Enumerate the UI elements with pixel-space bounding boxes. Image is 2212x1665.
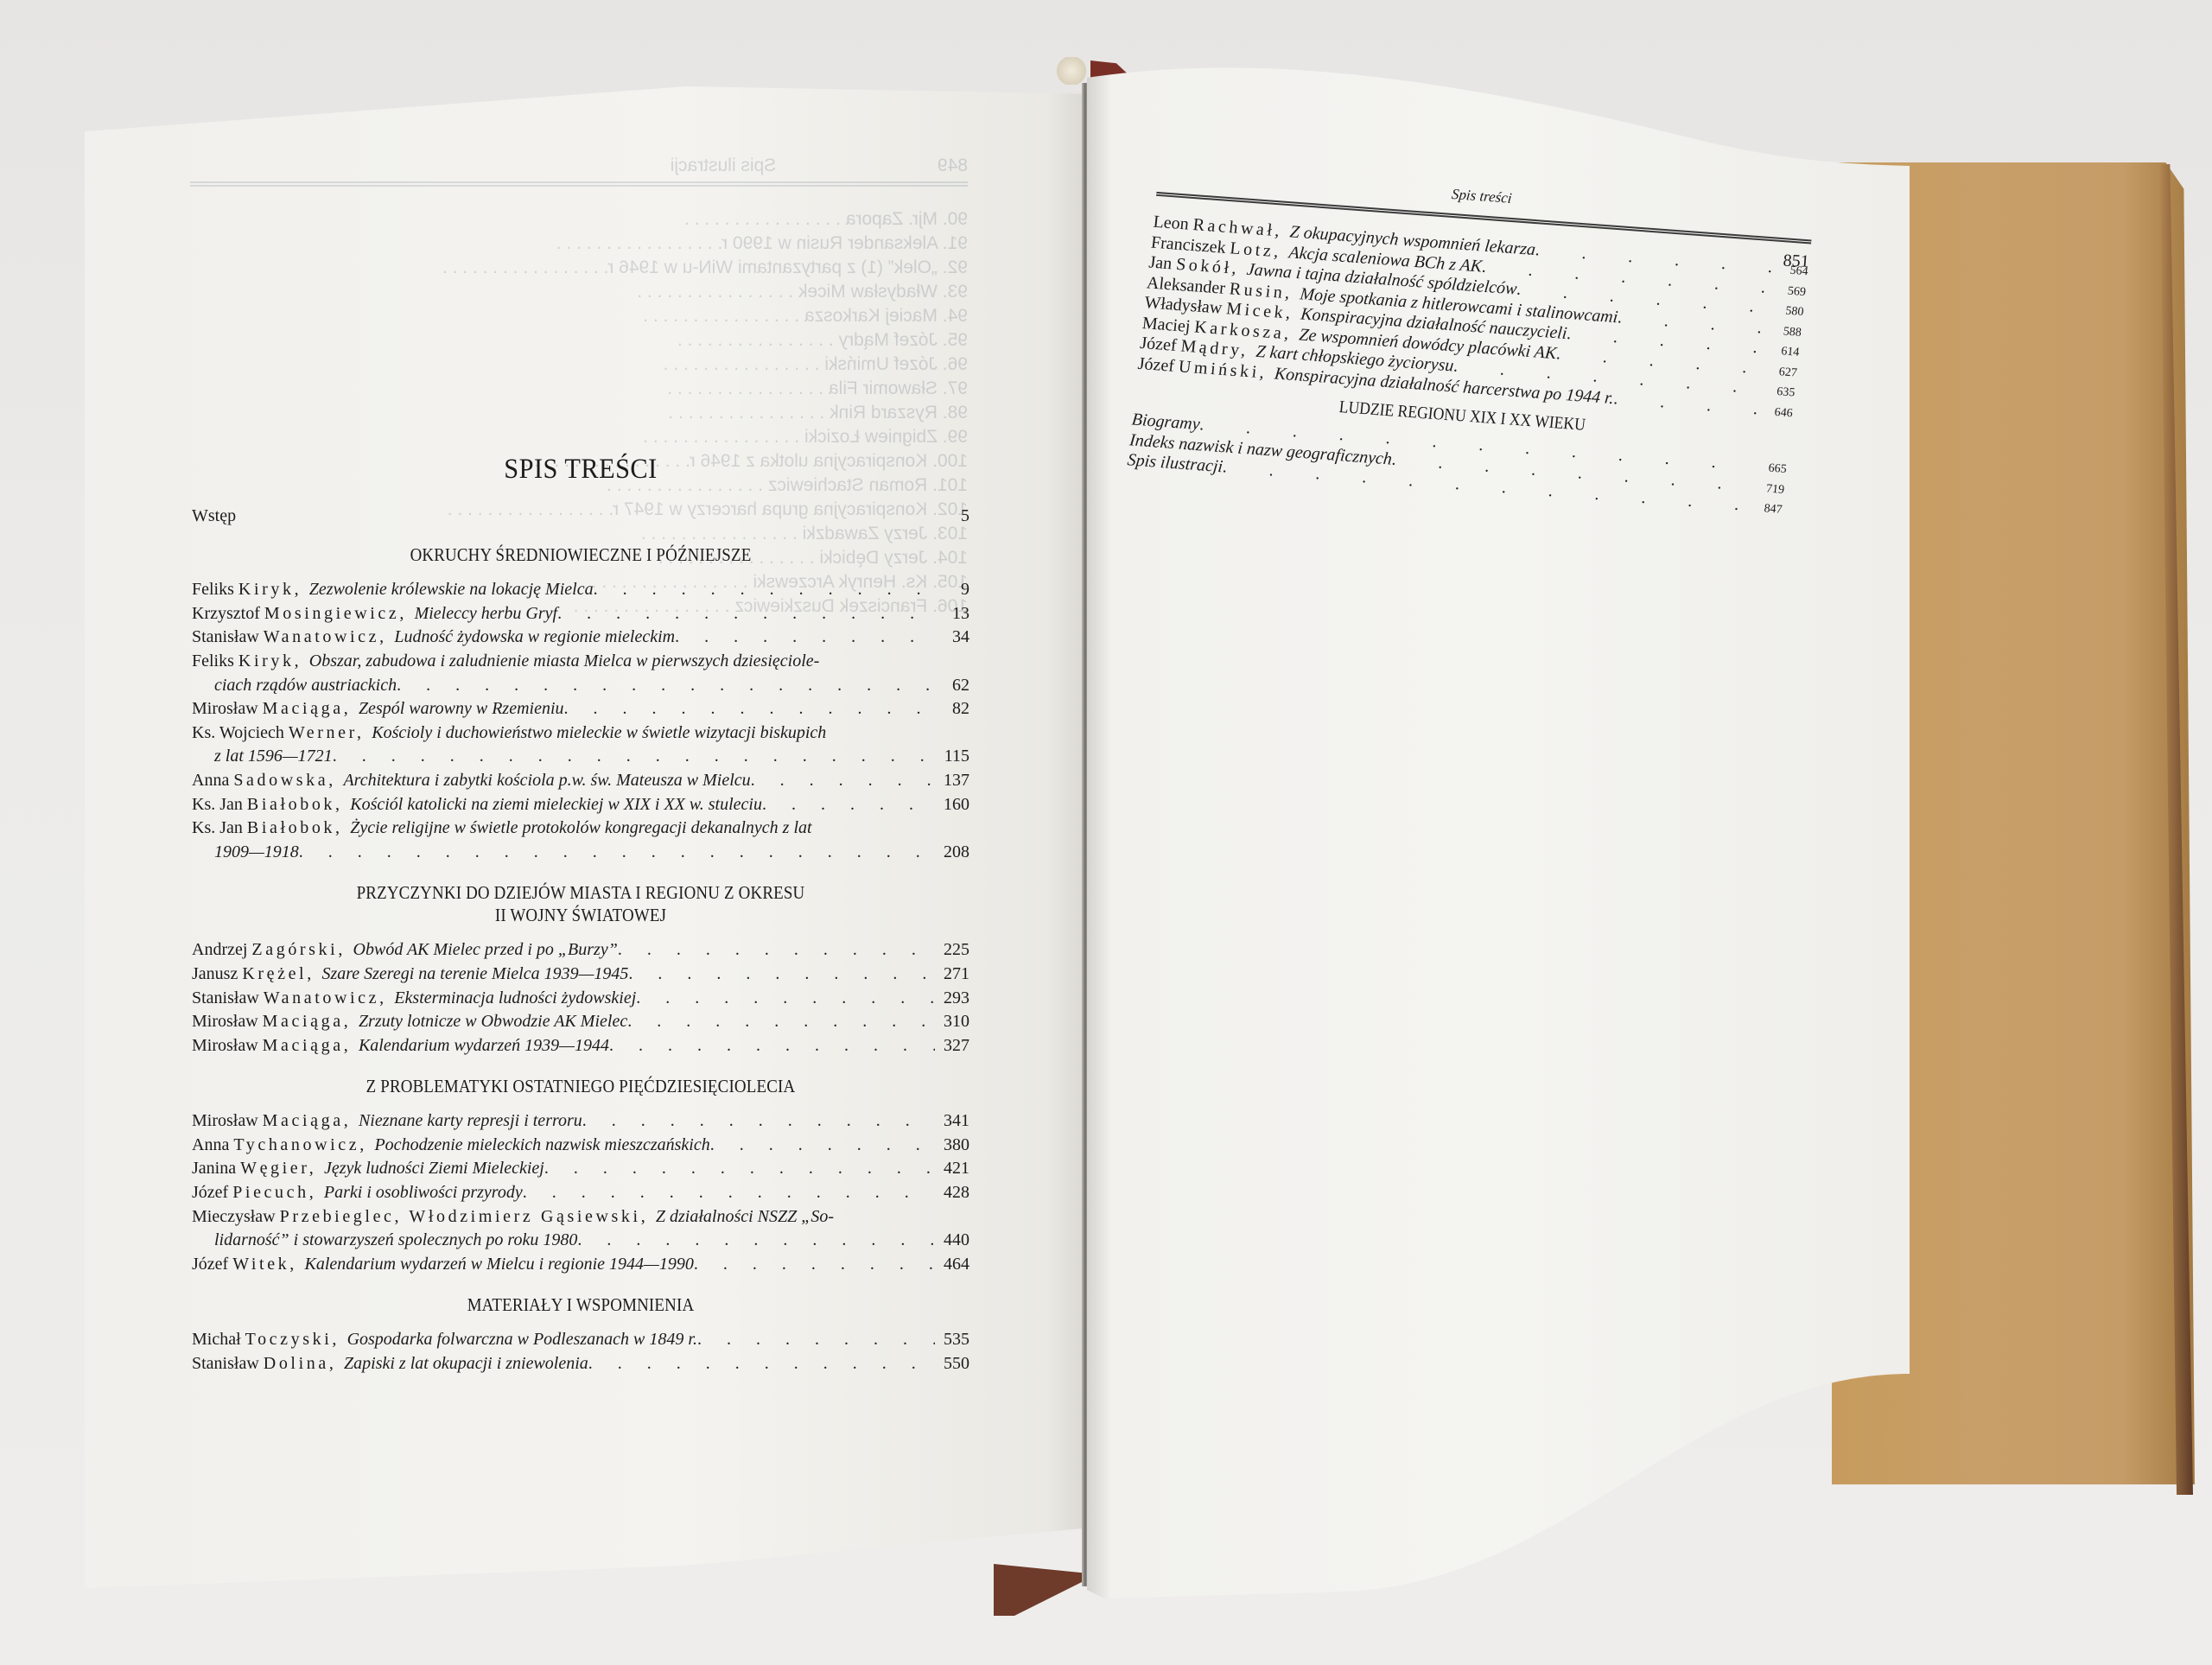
entry-page: 9 xyxy=(935,578,969,602)
toc-entry-line[interactable]: Ks. Jan Białobok, Życie religijne w świe… xyxy=(192,817,969,841)
entry-title: Obszar, zabudowa i zaludnienie miasta Mi… xyxy=(309,651,820,670)
entry-title: Kościoly i duchowieństwo mieleckie w świ… xyxy=(372,723,826,742)
entry-page: 719 xyxy=(1749,480,1785,499)
entry-text: Stanisław Wanatowicz, Ludność żydowska w… xyxy=(192,626,675,650)
leader-dots: . . . . . . . . . . . . . . . . . . . . … xyxy=(582,1109,935,1134)
entry-page: 271 xyxy=(935,963,969,987)
section-heading: Z PROBLEMATYKI OSTATNIEGO PIĘĆDZIESIĘCIO… xyxy=(238,1075,923,1097)
entry-page: 627 xyxy=(1762,362,1798,382)
toc-left: SPIS TREŚCI Wstęp 5 OKRUCHY ŚREDNIOWIECZ… xyxy=(192,458,969,1376)
leader-dots: . . . . . . . . . . . . . . . . . . . . … xyxy=(636,987,935,1011)
author-first-name: Mirosław xyxy=(192,1036,263,1055)
entry-title: Parki i osobliwości przyrody xyxy=(324,1183,523,1202)
author-first-name: Mirosław xyxy=(192,1111,263,1130)
entry-text: Anna Sadowska, Architektura i zabytki ko… xyxy=(192,769,751,793)
toc-entry-line[interactable]: z lat 1596—1721 . . . . . . . . . . . . … xyxy=(192,745,969,769)
entry-text: Krzysztof Mosingiewicz, Mieleccy herbu G… xyxy=(192,602,557,626)
leader-dots: . . . . . . . . . . . . . . . . . . . . … xyxy=(299,841,935,865)
author-last-name: Dolina xyxy=(264,1354,329,1373)
entry-title: Pochodzenie mieleckich nazwisk mieszczań… xyxy=(374,1135,709,1154)
toc-entry[interactable]: Michał Toczyski, Gospodarka folwarczna w… xyxy=(192,1328,969,1352)
entry-page: 635 xyxy=(1759,383,1796,403)
author-last-name: Kiryk xyxy=(238,580,295,599)
entry-page: 310 xyxy=(935,1010,969,1034)
toc-entry[interactable]: Krzysztof Mosingiewicz, Mieleccy herbu G… xyxy=(192,602,969,626)
toc-section: Z PROBLEMATYKI OSTATNIEGO PIĘĆDZIESIĘCIO… xyxy=(192,1075,969,1276)
author-first-name: Józef xyxy=(1137,353,1179,375)
toc-entry[interactable]: Ks. Jan Białobok, Kościól katolicki na z… xyxy=(192,793,969,817)
entry-page: 137 xyxy=(935,769,969,793)
entry-text: Mirosław Maciąga, Zrzuty lotnicze w Obwo… xyxy=(192,1010,627,1034)
leader-dots: . . . . . . . . . . . . . . . . . . . . … xyxy=(333,745,935,769)
entry-text: Andrzej Zagórski, Obwód AK Mielec przed … xyxy=(192,938,618,963)
entry-title: Szare Szeregi na terenie Mielca 1939—194… xyxy=(321,964,628,983)
toc-entry-line[interactable]: 1909—1918 . . . . . . . . . . . . . . . … xyxy=(192,841,969,865)
author-first-name: Ks. Jan xyxy=(192,795,247,814)
entry-text: Stanisław Dolina, Zapiski z lat okupacji… xyxy=(192,1352,588,1376)
entry-page: 428 xyxy=(935,1181,969,1205)
toc-entry[interactable]: Józef Witek, Kalendarium wydarzeń w Miel… xyxy=(192,1253,969,1277)
author-first-name: Józef xyxy=(192,1255,232,1274)
entry-page: 5 xyxy=(935,505,969,529)
leader-dots: . . . . . . . . . . . . . . . . . . . . … xyxy=(609,1034,935,1058)
leader-dots: . . . . . . . . . . . . . . . . . . . . … xyxy=(564,697,935,721)
entry-title: Z działalności NSZZ „So- xyxy=(656,1207,834,1226)
entry-page: 665 xyxy=(1751,459,1788,479)
leader-dots: . . . . . . . . . . . . . . . . . . . . … xyxy=(544,1157,935,1181)
author-first-name: Janusz xyxy=(192,964,242,983)
author-first-name: Stanisław xyxy=(192,988,264,1007)
toc-entry[interactable]: Stanisław Wanatowicz, Eksterminacja ludn… xyxy=(192,987,969,1011)
page-number: 851 xyxy=(1783,252,1809,270)
entry-title: Język ludności Ziemi Mieleckiej xyxy=(324,1159,544,1178)
leader-dots: . . . . . . . . . . . . . . . . . . . . … xyxy=(762,793,935,817)
author-last-name: Krężel xyxy=(242,964,307,983)
author-last-name: Kiryk xyxy=(238,651,295,670)
leader-dots: . . . . . . . . . . . . . . . . . . . . … xyxy=(397,674,935,698)
toc-entry[interactable]: Andrzej Zagórski, Obwód AK Mielec przed … xyxy=(192,938,969,963)
entry-title-continued: ciach rządów austriackich xyxy=(214,674,397,698)
entry-title: Kalendarium wydarzeń w Mielcu i regionie… xyxy=(304,1255,693,1274)
author-last-name: Wanatowicz xyxy=(264,627,379,646)
entry-title: Ludność żydowska w regionie mieleckim xyxy=(394,627,675,646)
author-last-name: Werner xyxy=(289,723,357,742)
entry-author: Ks. Wojciech Werner, xyxy=(192,723,372,742)
leader-dots: . . . . . . . . . . . . . . . . . . . . … xyxy=(675,626,935,650)
entry-page: 208 xyxy=(935,841,969,865)
headband xyxy=(1056,57,1087,85)
entry-title: Eksterminacja ludności żydowskiej xyxy=(394,988,636,1007)
entry-page: 847 xyxy=(1746,499,1783,519)
entry-author: Mieczysław Przebieglec, Włodzimierz Gąsi… xyxy=(192,1207,656,1226)
entry-page: 646 xyxy=(1758,403,1794,423)
author-last-name: Zagórski xyxy=(251,940,338,959)
author-first-name: Feliks xyxy=(192,651,238,670)
section-heading-line: Z PROBLEMATYKI OSTATNIEGO PIĘĆDZIESIĘCIO… xyxy=(238,1075,923,1097)
entry-page: 341 xyxy=(935,1109,969,1134)
author-last-name: Mosingiewicz xyxy=(264,604,400,623)
entry-page: 62 xyxy=(935,674,969,698)
page-title: SPIS TREŚCI xyxy=(223,458,938,482)
toc-entry-line[interactable]: Feliks Kiryk, Obszar, zabudowa i zaludni… xyxy=(192,650,969,674)
author-last-name: Toczyski xyxy=(245,1330,333,1349)
author-first-name: Anna xyxy=(192,1135,233,1154)
entry-text: Ks. Jan Białobok, Kościól katolicki na z… xyxy=(192,793,762,817)
entry-title-continued: z lat 1596—1721 xyxy=(214,745,333,769)
author-last-name: Micek xyxy=(1225,299,1287,322)
entry-title: Nieznane karty represji i terroru xyxy=(359,1111,582,1130)
entry-author: Mirosław Maciąga, xyxy=(192,699,359,718)
entry-text: Mirosław Maciąga, Zespól warowny w Rzemi… xyxy=(192,697,564,721)
entry-text: Janusz Krężel, Szare Szeregi na terenie … xyxy=(192,963,628,987)
author-last-name: Witek xyxy=(232,1255,289,1274)
entry-page: 535 xyxy=(935,1328,969,1352)
entry-page: 569 xyxy=(1770,282,1807,302)
section-heading-line: PRZYCZYNKI DO DZIEJÓW MIASTA I REGIONU Z… xyxy=(238,881,923,904)
entry-title: Życie religijne w świetle protokolów kon… xyxy=(350,818,811,837)
author-last-name: Węgier xyxy=(240,1159,309,1178)
author-last-name: Sokół xyxy=(1175,255,1233,278)
author-last-name: Maciąga xyxy=(263,1012,344,1031)
entry-author: Józef Witek, xyxy=(192,1255,304,1274)
leader-dots: . . . . . . . . . . . . . . . . . . . . … xyxy=(523,1181,935,1205)
author-last-name: Rusin xyxy=(1229,279,1287,302)
entry-author: Andrzej Zagórski, xyxy=(192,940,353,959)
author-first-name: Anna xyxy=(192,771,233,790)
author-last-name: Tychanowicz xyxy=(233,1135,359,1154)
author-first-name: Andrzej xyxy=(192,940,251,959)
author-last-name: Wanatowicz xyxy=(264,988,379,1007)
entry-title: Zapiski z lat okupacji i zniewolenia xyxy=(344,1354,588,1373)
author-first-name: Józef xyxy=(1139,334,1181,355)
author-first-name: Ks. Jan xyxy=(192,818,247,837)
entry-page: 34 xyxy=(935,626,969,650)
entry-page: 614 xyxy=(1764,342,1800,362)
entry-text: Mirosław Maciąga, Kalendarium wydarzeń 1… xyxy=(192,1034,609,1058)
running-head-title: Spis treści xyxy=(1451,186,1513,207)
toc-entry-line[interactable]: lidarność” i stowarzyszeń spolecznych po… xyxy=(192,1229,969,1253)
entry-text: Feliks Kiryk, Obszar, zabudowa i zaludni… xyxy=(192,650,819,674)
leader-dots: . . . . . . . . . . . . . . . . . . . . … xyxy=(594,578,935,602)
section-heading: MATERIAŁY I WSPOMNIENIA xyxy=(238,1293,923,1316)
toc-entry[interactable]: Anna Tychanowicz, Pochodzenie mieleckich… xyxy=(192,1134,969,1158)
entry-title: Biogramy xyxy=(1131,410,1201,433)
entry-text: Anna Tychanowicz, Pochodzenie mieleckich… xyxy=(192,1134,710,1158)
section-heading-line: MATERIAŁY I WSPOMNIENIA xyxy=(238,1293,923,1316)
toc-entry[interactable]: Janusz Krężel, Szare Szeregi na terenie … xyxy=(192,963,969,987)
entry-text: Feliks Kiryk, Zezwolenie królewskie na l… xyxy=(192,578,594,602)
entry-author: Józef Piecuch, xyxy=(192,1183,324,1202)
entry-author: Michał Toczyski, xyxy=(192,1330,347,1349)
entry-author: Anna Tychanowicz, xyxy=(192,1135,374,1154)
entry-title: Zrzuty lotnicze w Obwodzie AK Mielec xyxy=(359,1012,627,1031)
author-last-name: Piecuch xyxy=(232,1183,309,1202)
entry-author: Janina Węgier, xyxy=(192,1159,324,1178)
author-first-name: Janina xyxy=(192,1159,240,1178)
toc-section: OKRUCHY ŚREDNIOWIECZNE I PÓŹNIEJSZEFelik… xyxy=(192,543,969,864)
toc-entry[interactable]: Stanisław Dolina, Zapiski z lat okupacji… xyxy=(192,1352,969,1376)
toc-entry-line[interactable]: ciach rządów austriackich . . . . . . . … xyxy=(192,674,969,698)
entry-author: Krzysztof Mosingiewicz, xyxy=(192,604,415,623)
entry-title: Kalendarium wydarzeń 1939—1944 xyxy=(359,1036,609,1055)
author-last-name: Maciąga xyxy=(263,1111,344,1130)
leader-dots: . . . . . . . . . . . . . . . . . . . . … xyxy=(697,1328,935,1352)
entry-page: 588 xyxy=(1766,322,1802,342)
entry-text: Michał Toczyski, Gospodarka folwarczna w… xyxy=(192,1328,697,1352)
entry-text: Ks. Jan Białobok, Życie religijne w świe… xyxy=(192,817,812,841)
entry-author: Mirosław Maciąga, xyxy=(192,1036,359,1055)
entry-author: Ks. Jan Białobok, xyxy=(192,818,350,837)
author-last-name: Mądry xyxy=(1179,336,1242,359)
entry-page: 550 xyxy=(935,1352,969,1376)
entry-page: 225 xyxy=(935,938,969,963)
author-first-name: Mirosław xyxy=(192,1012,263,1031)
entry-text: Józef Witek, Kalendarium wydarzeń w Miel… xyxy=(192,1253,694,1277)
author-last-name: Maciąga xyxy=(263,699,344,718)
entry-title: Wstęp xyxy=(192,505,236,529)
leader-dots: . . . . . . . . . . . . . . . . . . . . … xyxy=(710,1134,935,1158)
entry-page: 82 xyxy=(935,697,969,721)
entry-author: Stanisław Wanatowicz, xyxy=(192,627,394,646)
entry-page: 580 xyxy=(1768,302,1804,321)
entry-author: Janusz Krężel, xyxy=(192,964,321,983)
toc-entry-line[interactable]: Mieczysław Przebieglec, Włodzimierz Gąsi… xyxy=(192,1205,969,1230)
author-first-name: Maciej xyxy=(1141,314,1196,336)
entry-page: 115 xyxy=(935,745,969,769)
section-heading: PRZYCZYNKI DO DZIEJÓW MIASTA I REGIONU Z… xyxy=(238,881,923,926)
entry-text: Janina Węgier, Język ludności Ziemi Miel… xyxy=(192,1157,544,1181)
author-first-name: Mieczysław xyxy=(192,1207,280,1226)
entry-page: 440 xyxy=(935,1229,969,1253)
entry-title: Architektura i zabytki kościola p.w. św.… xyxy=(343,771,750,790)
author-first-name: Stanisław xyxy=(192,627,264,646)
author-first-name: Michał xyxy=(192,1330,245,1349)
entry-title-continued: lidarność” i stowarzyszeń spolecznych po… xyxy=(214,1229,577,1253)
toc-entry[interactable]: Mirosław Maciąga, Nieznane karty represj… xyxy=(192,1109,969,1134)
entry-title: Mieleccy herbu Gryf xyxy=(415,604,557,623)
leader-dots: . . . . . . . . . . . . . . . . . . . . … xyxy=(627,1010,935,1034)
toc-right: Spis treści 851 Leon Rachwał, Z okupacyj… xyxy=(1126,164,1815,519)
entry-page: 327 xyxy=(935,1034,969,1058)
entry-title: Gospodarka folwarczna w Podleszanach w 1… xyxy=(347,1330,697,1349)
entry-text: Stanisław Wanatowicz, Eksterminacja ludn… xyxy=(192,987,636,1011)
leader-dots: . . . . . . . . . . . . . . . . . . . . … xyxy=(588,1352,935,1376)
entry-title-continued: 1909—1918 xyxy=(214,841,299,865)
leader-dots: . . . . . . . . . . . . . . . . . . . . … xyxy=(628,963,935,987)
leader-dots: . . . . . . . . . . . . . . . . . . . . … xyxy=(694,1253,935,1277)
leader-dots: . . . . . . . . . . . . . . . . . . . . … xyxy=(618,938,935,963)
entry-text: Mieczysław Przebieglec, Włodzimierz Gąsi… xyxy=(192,1205,834,1230)
author-last-name: Lotz xyxy=(1229,238,1274,261)
entry-author: Mirosław Maciąga, xyxy=(192,1111,359,1130)
author-first-name: Leon xyxy=(1153,213,1194,234)
entry-text: Ks. Wojciech Werner, Kościoly i duchowie… xyxy=(192,721,826,746)
entry-author: Anna Sadowska, xyxy=(192,771,343,790)
author-last-name: Białobok xyxy=(247,795,335,814)
leader-dots: . . . . . . . . . . . . . . . . . . . . … xyxy=(751,769,935,793)
author-first-name: Jan xyxy=(1147,252,1177,273)
author-first-name: Krzysztof xyxy=(192,604,264,623)
section-heading-line: II WOJNY ŚWIATOWEJ xyxy=(238,904,923,926)
toc-entry[interactable]: Mirosław Maciąga, Zespól warowny w Rzemi… xyxy=(192,697,969,721)
toc-entry[interactable]: Stanisław Wanatowicz, Ludność żydowska w… xyxy=(192,626,969,650)
toc-entry-intro[interactable]: Wstęp 5 xyxy=(192,505,969,529)
author-last-name: Przebieglec, Włodzimierz Gąsiewski xyxy=(280,1207,641,1226)
toc-section: MATERIAŁY I WSPOMNIENIAMichał Toczyski, … xyxy=(192,1293,969,1376)
section-heading: OKRUCHY ŚREDNIOWIECZNE I PÓŹNIEJSZE xyxy=(238,543,923,566)
author-first-name: Mirosław xyxy=(192,699,263,718)
author-first-name: Feliks xyxy=(192,580,238,599)
entry-page: 293 xyxy=(935,987,969,1011)
entry-title: Zezwolenie królewskie na lokację Mielca xyxy=(309,580,594,599)
section-heading-line: OKRUCHY ŚREDNIOWIECZNE I PÓŹNIEJSZE xyxy=(238,543,923,566)
entry-page: 160 xyxy=(935,793,969,817)
toc-entry[interactable]: Mirosław Maciąga, Zrzuty lotnicze w Obwo… xyxy=(192,1010,969,1034)
entry-author: Mirosław Maciąga, xyxy=(192,1012,359,1031)
entry-page: 464 xyxy=(935,1253,969,1277)
toc-entry[interactable]: Feliks Kiryk, Zezwolenie królewskie na l… xyxy=(192,578,969,602)
entry-text: Józef Piecuch, Parki i osobliwości przyr… xyxy=(192,1181,523,1205)
leader-dots: . . . . . . . . . . . . . . . . . . . . … xyxy=(557,602,935,626)
leader-dots: . . . . . . . . . . . . . . . . . . . . … xyxy=(577,1229,935,1253)
entry-author: Stanisław Dolina, xyxy=(192,1354,344,1373)
author-last-name: Maciąga xyxy=(263,1036,344,1055)
toc-entry[interactable]: Mirosław Maciąga, Kalendarium wydarzeń 1… xyxy=(192,1034,969,1058)
toc-entry[interactable]: Janina Węgier, Język ludności Ziemi Miel… xyxy=(192,1157,969,1181)
author-first-name: Stanisław xyxy=(192,1354,264,1373)
entry-author: Stanisław Wanatowicz, xyxy=(192,988,394,1007)
author-last-name: Sadowska xyxy=(233,771,328,790)
author-first-name: Ks. Wojciech xyxy=(192,723,289,742)
toc-entry[interactable]: Anna Sadowska, Architektura i zabytki ko… xyxy=(192,769,969,793)
entry-title: Kościól katolicki na ziemi mieleckiej w … xyxy=(350,795,762,814)
entry-author: Feliks Kiryk, xyxy=(192,580,309,599)
entry-author: Ks. Jan Białobok, xyxy=(192,795,350,814)
toc-entry[interactable]: Józef Piecuch, Parki i osobliwości przyr… xyxy=(192,1181,969,1205)
entry-title: Obwód AK Mielec przed i po „Burzy” xyxy=(353,940,618,959)
entry-author: Feliks Kiryk, xyxy=(192,651,309,670)
toc-entry-line[interactable]: Ks. Wojciech Werner, Kościoly i duchowie… xyxy=(192,721,969,746)
entry-title: Zespól warowny w Rzemieniu xyxy=(359,699,564,718)
author-last-name: Białobok xyxy=(247,818,335,837)
author-first-name: Józef xyxy=(192,1183,232,1202)
entry-page: 13 xyxy=(935,602,969,626)
entry-page: 380 xyxy=(935,1134,969,1158)
entry-text: Mirosław Maciąga, Nieznane karty represj… xyxy=(192,1109,582,1134)
entry-page: 421 xyxy=(935,1157,969,1181)
toc-section: PRZYCZYNKI DO DZIEJÓW MIASTA I REGIONU Z… xyxy=(192,881,969,1058)
